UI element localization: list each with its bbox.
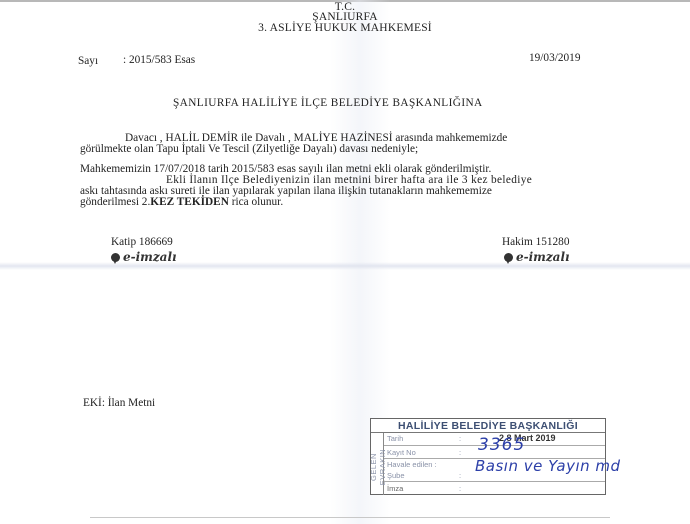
stamp-row-signature: İmza : <box>384 482 605 494</box>
judge-esignature: e-imzalı <box>504 250 570 264</box>
stamp-title: HALİLİYE BELEDİYE BAŞKANLIĞI <box>371 420 605 432</box>
bottom-divider <box>90 517 610 518</box>
body-p2-line4: gönderilmesi 2.KEZ TEKİDEN rica olunur. <box>80 197 283 209</box>
clerk-label: Katip 186669 <box>111 236 173 248</box>
header-court: 3. ASLİYE HUKUK MAHKEMESİ <box>195 23 495 34</box>
reference-label: Sayı <box>78 56 98 68</box>
seal-icon <box>504 253 513 262</box>
body-p2-line4-suffix: rica olunur. <box>229 196 283 208</box>
reference-number: : 2015/583 Esas <box>123 55 195 67</box>
paper-fold <box>0 262 690 270</box>
seal-icon <box>111 253 120 262</box>
clerk-esig-text: e-imzalı <box>123 250 177 264</box>
document-date: 19/03/2019 <box>529 53 580 65</box>
handwritten-department: Basın ve Yayın md <box>475 457 621 475</box>
body-p2-line4-prefix: gönderilmesi 2. <box>80 196 150 208</box>
clerk-esignature: e-imzalı <box>111 250 177 264</box>
body-p1-line2: görülmekte olan Tapu İptali Ve Tescil (Z… <box>80 144 418 156</box>
addressee: ŞANLIURFA HALİLİYE İLÇE BELEDİYE BAŞKANL… <box>173 98 483 110</box>
judge-label: Hakim 151280 <box>502 236 569 248</box>
judge-esig-text: e-imzalı <box>516 250 570 264</box>
stamp-side-label: GELEN EVRAKIN <box>371 433 384 495</box>
emphasis-second-reminder: KEZ TEKİDEN <box>150 196 229 208</box>
handwritten-record-number: 3365 <box>478 435 525 455</box>
attachment-note: EKİ: İlan Metni <box>83 398 155 410</box>
